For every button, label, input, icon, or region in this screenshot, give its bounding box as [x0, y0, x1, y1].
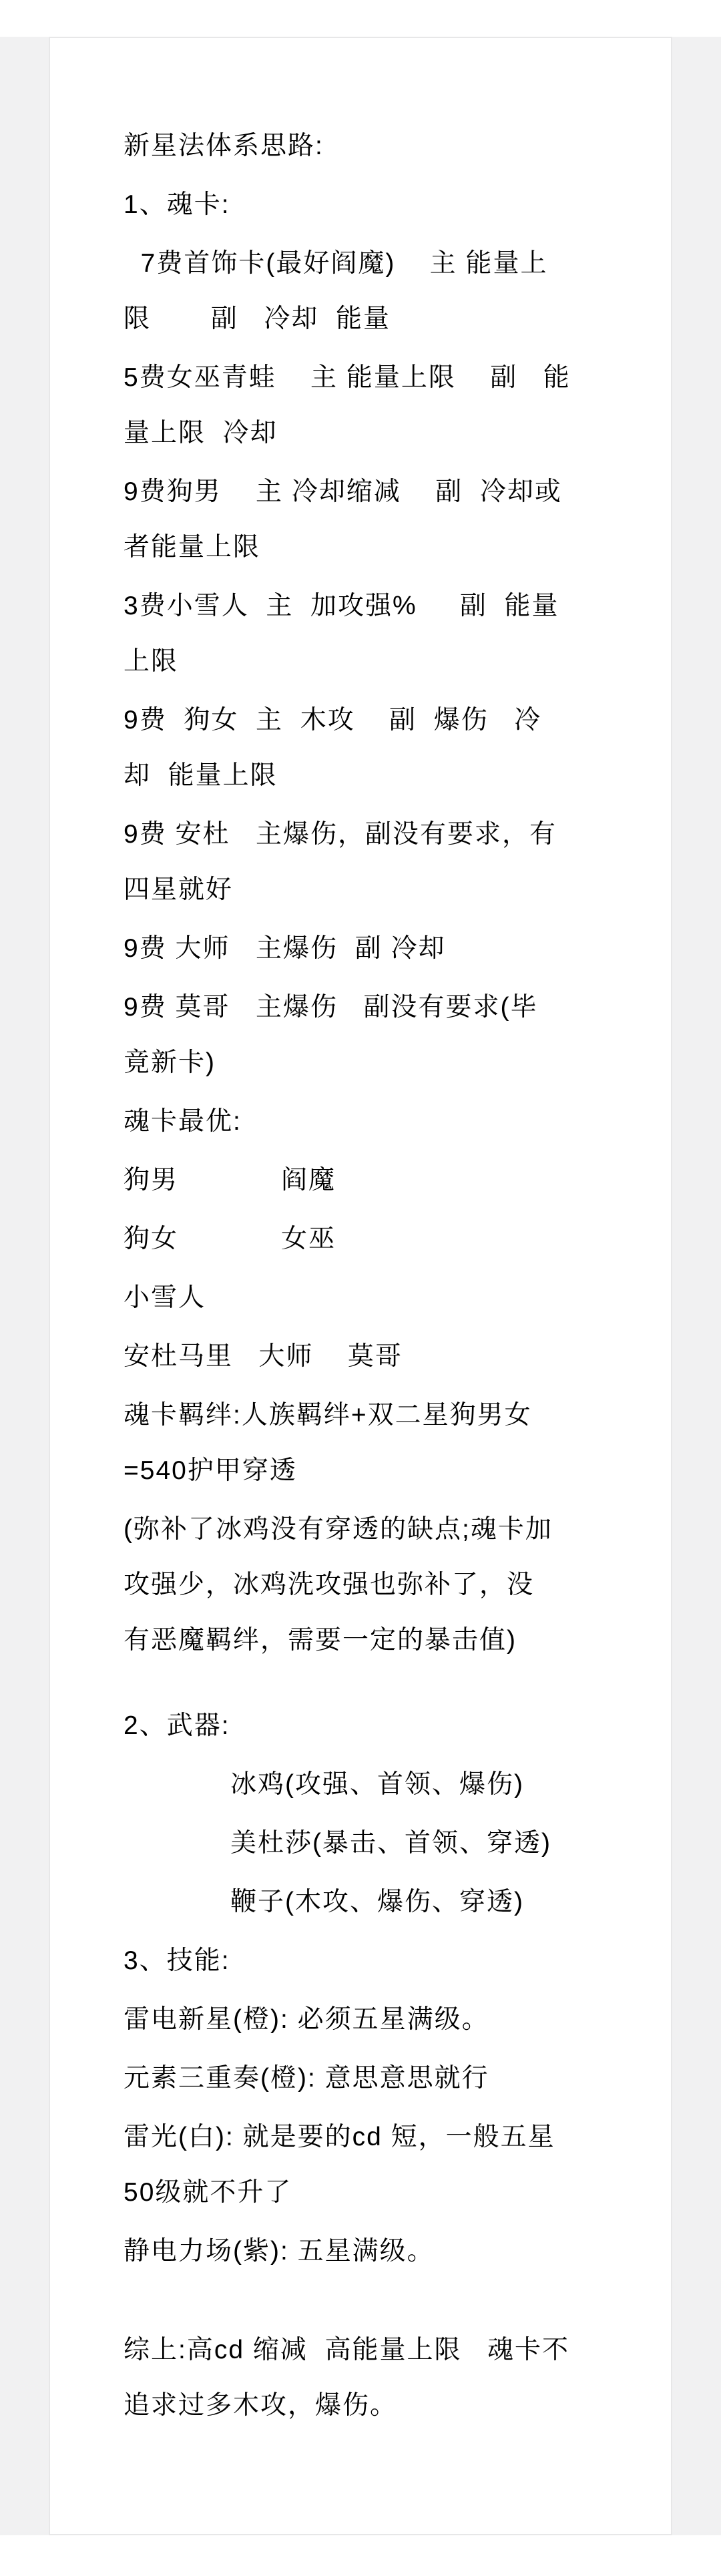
- paragraph: 美杜莎(暴击、首领、穿透): [124, 1815, 611, 1871]
- text-line: 2、武器:: [124, 1698, 611, 1753]
- text-line: 9费 狗女 主 木攻 副 爆伤 冷: [124, 692, 611, 748]
- text-line: 雷电新星(橙): 必须五星满级。: [124, 1992, 611, 2047]
- paragraph: 元素三重奏(橙): 意思意思就行: [124, 2051, 611, 2106]
- text-line: 50级就不升了: [124, 2165, 611, 2220]
- paragraph: 鞭子(木攻、爆伤、穿透): [124, 1874, 611, 1930]
- text-line: 鞭子(木攻、爆伤、穿透): [124, 1874, 611, 1930]
- paragraph: 魂卡最优:: [124, 1094, 611, 1149]
- paragraph: 9费狗男 主 冷却缩减 副 冷却或者能量上限: [124, 464, 611, 575]
- text-line: 者能量上限: [124, 519, 611, 575]
- text-line: 静电力场(紫): 五星满级。: [124, 2223, 611, 2279]
- paragraph: 7费首饰卡(最好阎魔) 主 能量上限 副 冷却 能量: [124, 236, 611, 347]
- paragraph: 9费 安杜 主爆伤，副没有要求，有四星就好: [124, 807, 611, 917]
- text-line: 有恶魔羁绊，需要一定的暴击值): [124, 1613, 611, 1668]
- text-line: 9费 莫哥 主爆伤 副没有要求(毕: [124, 980, 611, 1035]
- paragraph: (弥补了冰鸡没有穿透的缺点;魂卡加攻强少，冰鸡洗攻强也弥补了，没有恶魔羁绊，需要…: [124, 1502, 611, 1668]
- text-line: 元素三重奏(橙): 意思意思就行: [124, 2051, 611, 2106]
- text-line: 安杜马里 大师 莫哥: [124, 1329, 611, 1384]
- text-line: 1、魂卡:: [124, 177, 611, 232]
- text-line: (弥补了冰鸡没有穿透的缺点;魂卡加: [124, 1502, 611, 1557]
- text-line: 狗男 阎魔: [124, 1152, 611, 1208]
- text-line: 综上:高cd 缩减 高能量上限 魂卡不: [124, 2322, 611, 2378]
- text-line: 7费首饰卡(最好阎魔) 主 能量上: [124, 236, 611, 291]
- paragraph: 安杜马里 大师 莫哥: [124, 1329, 611, 1384]
- paragraph: 2、武器:: [124, 1698, 611, 1753]
- text-line: 美杜莎(暴击、首领、穿透): [124, 1815, 611, 1871]
- paragraph: 雷电新星(橙): 必须五星满级。: [124, 1992, 611, 2047]
- paragraph: 新星法体系思路:: [124, 118, 611, 174]
- paragraph: 9费 大师 主爆伤 副 冷却: [124, 921, 611, 976]
- screen: 新星法体系思路:1、魂卡: 7费首饰卡(最好阎魔) 主 能量上限 副 冷却 能量…: [0, 0, 721, 2576]
- paragraph: 3、技能:: [124, 1933, 611, 1988]
- paragraph: 3费小雪人 主 加攻强% 副 能量上限: [124, 578, 611, 689]
- paragraph: 小雪人: [124, 1270, 611, 1325]
- text-line: =540护甲穿透: [124, 1443, 611, 1498]
- text-line: 9费狗男 主 冷却缩减 副 冷却或: [124, 464, 611, 519]
- text-line: 新星法体系思路:: [124, 118, 611, 174]
- text-line: 量上限 冷却: [124, 405, 611, 461]
- text-line: 雷光(白): 就是要的cd 短，一般五星: [124, 2109, 611, 2165]
- text-line: 魂卡羁绊:人族羁绊+双二星狗男女: [124, 1387, 611, 1443]
- text-line: 限 副 冷却 能量: [124, 291, 611, 347]
- text-line: 魂卡最优:: [124, 1094, 611, 1149]
- paragraph: 综上:高cd 缩减 高能量上限 魂卡不追求过多木攻，爆伤。: [124, 2322, 611, 2433]
- document-page: 新星法体系思路:1、魂卡: 7费首饰卡(最好阎魔) 主 能量上限 副 冷却 能量…: [49, 37, 672, 2535]
- text-line: 5费女巫青蛙 主 能量上限 副 能: [124, 350, 611, 405]
- paragraph: 5费女巫青蛙 主 能量上限 副 能量上限 冷却: [124, 350, 611, 461]
- text-line: 狗女 女巫: [124, 1211, 611, 1267]
- paragraph: 9费 莫哥 主爆伤 副没有要求(毕竟新卡): [124, 980, 611, 1090]
- text-line: 上限: [124, 634, 611, 689]
- text-line: 9费 安杜 主爆伤，副没有要求，有: [124, 807, 611, 862]
- paragraph: 雷光(白): 就是要的cd 短，一般五星50级就不升了: [124, 2109, 611, 2220]
- paragraph: 静电力场(紫): 五星满级。: [124, 2223, 611, 2279]
- paragraph: 狗男 阎魔: [124, 1152, 611, 1208]
- text-line: 3费小雪人 主 加攻强% 副 能量: [124, 578, 611, 634]
- text-line: 攻强少，冰鸡洗攻强也弥补了，没: [124, 1557, 611, 1613]
- paragraph: 9费 狗女 主 木攻 副 爆伤 冷却 能量上限: [124, 692, 611, 803]
- text-line: 3、技能:: [124, 1933, 611, 1988]
- text-line: 9费 大师 主爆伤 副 冷却: [124, 921, 611, 976]
- text-line: 冰鸡(攻强、首领、爆伤): [124, 1757, 611, 1812]
- document-content: 新星法体系思路:1、魂卡: 7费首饰卡(最好阎魔) 主 能量上限 副 冷却 能量…: [50, 38, 671, 2433]
- text-line: 四星就好: [124, 862, 611, 917]
- text-line: 追求过多木攻，爆伤。: [124, 2378, 611, 2433]
- text-line: 竟新卡): [124, 1035, 611, 1090]
- paragraph: 狗女 女巫: [124, 1211, 611, 1267]
- text-line: 却 能量上限: [124, 748, 611, 803]
- paragraph: 1、魂卡:: [124, 177, 611, 232]
- paragraph: 冰鸡(攻强、首领、爆伤): [124, 1757, 611, 1812]
- text-line: 小雪人: [124, 1270, 611, 1325]
- paragraph: 魂卡羁绊:人族羁绊+双二星狗男女=540护甲穿透: [124, 1387, 611, 1498]
- blank-line-spacer: [124, 1671, 611, 1698]
- blank-line-spacer: [124, 2282, 611, 2322]
